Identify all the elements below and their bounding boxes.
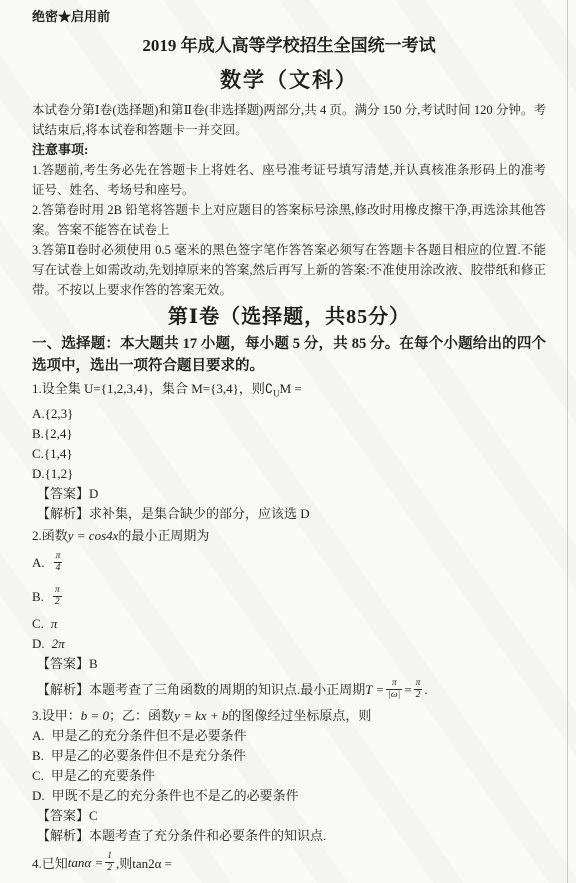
question-2-stem: 2.函数y = cos4x的最小正周期为 (32, 526, 546, 546)
fraction: 12 (105, 851, 114, 874)
classification-banner: 绝密★启用前 (32, 8, 546, 26)
fraction: π|ω| (386, 678, 402, 701)
question-4-stem: 4.已知 tanα = 12 ,则tan2α = (32, 850, 546, 876)
question-3-stem: 3.设甲：b = 0；乙：函数y = kx + b的图像经过坐标原点，则 (32, 706, 546, 726)
question-2-option-a: A. π4 (32, 546, 546, 580)
math-expression: tanα = (68, 855, 103, 871)
question-3-option-d: D.甲既不是乙的充分条件也不是乙的必要条件 (32, 786, 546, 806)
question-3-option-c: C.甲是乙的充要条件 (32, 766, 546, 786)
question-1: 1.设全集 U={1,2,3,4}，集合 M={3,4}，则∁UM = A.{2… (32, 379, 546, 524)
question-1-option-a: A.{2,3} (32, 404, 546, 424)
notice-item-2: 2.答第卷时用 2B 铅笔将答题卡上对应题目的答案标号涂黑,修改时用橡皮擦干净,… (32, 200, 546, 240)
question-2-option-d: D.2π (32, 634, 546, 654)
exam-subject-title: 数学（文科） (32, 66, 546, 94)
question-1-stem: 1.设全集 U={1,2,3,4}，集合 M={3,4}，则∁UM = (32, 379, 546, 404)
question-1-analysis: 【解析】求补集，是集合缺少的部分，应该选 D (32, 504, 546, 524)
question-2-option-b: B. π2 (32, 580, 546, 614)
fraction: π2 (53, 585, 62, 608)
question-1-option-b: B.{2,4} (32, 424, 546, 444)
question-3-analysis: 【解析】本题考查了充分条件和必要条件的知识点. (32, 826, 546, 846)
notice-item-3: 3.答第Ⅱ卷时必须使用 0.5 毫米的黑色签字笔作答答案必须写在答题卡各题目相应… (32, 240, 546, 300)
exam-title: 2019 年成人高等学校招生全国统一考试 (32, 34, 546, 58)
question-2: 2.函数y = cos4x的最小正周期为 A. π4 B. π2 C.π D.2… (32, 526, 546, 704)
section-1-instructions: 一、选择题：本大题共 17 小题，每小题 5 分，共 85 分。在每个小题给出的… (32, 333, 546, 377)
question-2-analysis: 【解析】本题考查了三角函数的周期的知识点.最小正周期 T = π|ω| = π2… (32, 676, 546, 704)
math-expression: b = 0 (81, 708, 109, 723)
notice-heading: 注意事项: (32, 140, 546, 160)
exam-intro-paragraph: 本试卷分第Ⅰ卷(选择题)和第Ⅱ卷(非选择题)两部分,共 4 页。满分 150 分… (32, 100, 546, 140)
fraction: π2 (414, 678, 423, 701)
exam-paper-page: 绝密★启用前 2019 年成人高等学校招生全国统一考试 数学（文科） 本试卷分第… (0, 0, 576, 883)
question-2-answer: 【答案】B (32, 654, 546, 674)
question-1-answer: 【答案】D (32, 484, 546, 504)
question-3-answer: 【答案】C (32, 806, 546, 826)
notice-item-1: 1.答题前,考生务必先在答题卡上将姓名、座号准考证号填写清楚,并认真核准条形码上… (32, 160, 546, 200)
question-1-option-c: C.{1,4} (32, 444, 546, 464)
math-expression: T = (365, 680, 384, 700)
section-1-heading: 第Ⅰ卷（选择题，共85分） (32, 304, 546, 331)
question-3-option-b: B.甲是乙的必要条件但不是充分条件 (32, 746, 546, 766)
fraction: π4 (54, 551, 63, 574)
math-expression: y = cos4x (68, 528, 119, 543)
question-3: 3.设甲：b = 0；乙：函数y = kx + b的图像经过坐标原点，则 A.甲… (32, 706, 546, 846)
question-2-option-c: C.π (32, 614, 546, 634)
question-1-option-d: D.{1,2} (32, 464, 546, 484)
math-expression: y = kx + b (174, 708, 228, 723)
question-3-option-a: A.甲是乙的充分条件但不是必要条件 (32, 726, 546, 746)
scan-edge-line (567, 0, 568, 883)
